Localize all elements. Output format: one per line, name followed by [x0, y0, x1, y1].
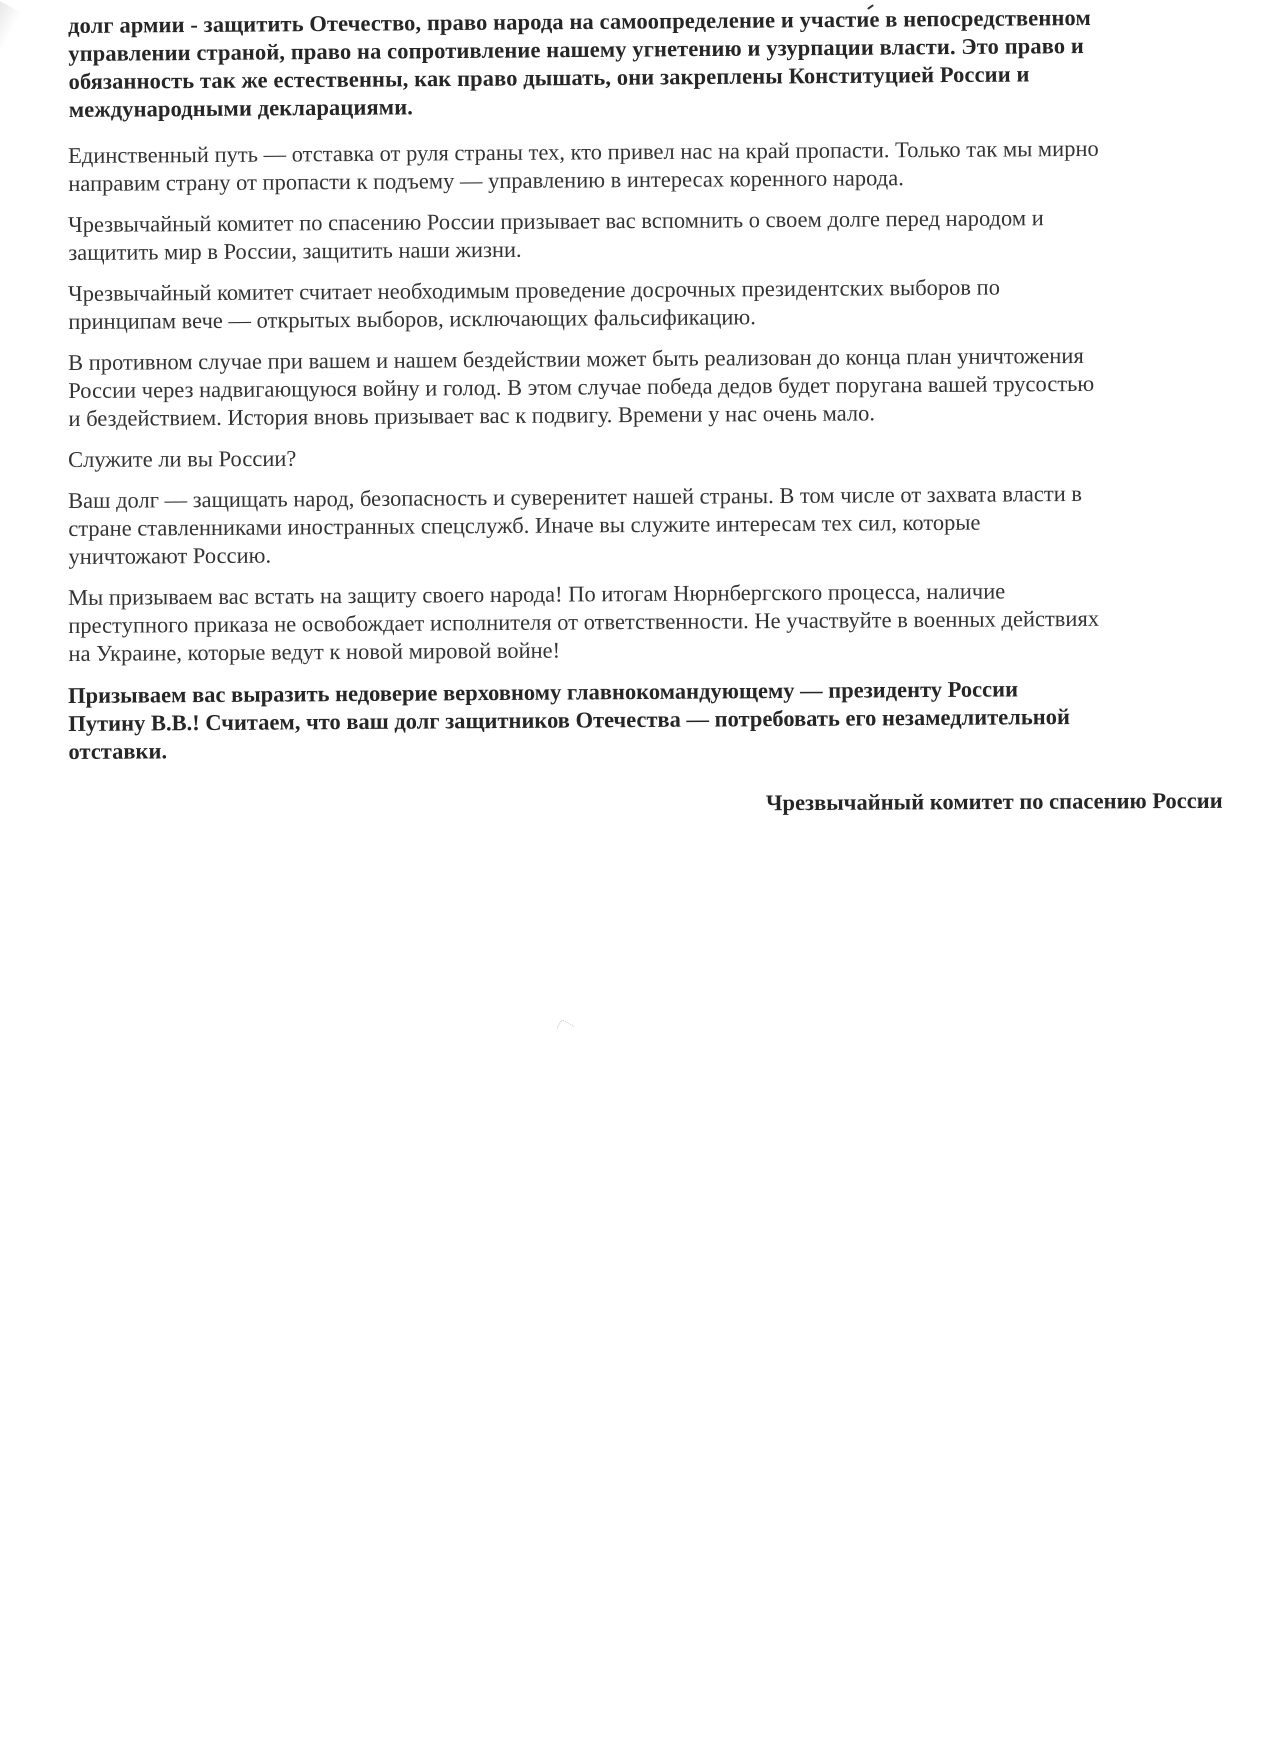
scanned-page: долг армии - защитить Отечество, право н…	[0, 0, 1275, 1755]
scan-smudge-mark	[556, 1019, 574, 1036]
paragraph-no-confidence: Призываем вас выразить недоверие верховн…	[68, 674, 1229, 766]
paragraph-question: Служите ли вы России?	[68, 440, 1228, 474]
paragraph-your-duty: Ваш долг — защищать народ, безопасность …	[68, 479, 1229, 571]
paragraph-call-to-defend: Мы призываем вас встать на защиту своего…	[68, 576, 1229, 668]
paragraph-only-way: Единственный путь — отставка от руля стр…	[68, 134, 1228, 198]
paragraph-army-duty: долг армии - защитить Отечество, право н…	[68, 3, 1229, 124]
signature: Чрезвычайный комитет по спасению России	[766, 787, 1223, 817]
paragraph-early-elections: Чрезвычайный комитет считает необходимым…	[68, 272, 1228, 336]
scan-fold-shadow	[0, 0, 22, 163]
paragraph-committee-appeal: Чрезвычайный комитет по спасению России …	[68, 203, 1228, 267]
paragraph-otherwise: В противном случае при вашем и нашем без…	[68, 341, 1229, 433]
document-body: долг армии - защитить Отечество, право н…	[68, 12, 1228, 779]
text-line: Служите ли вы России?	[68, 440, 1228, 474]
